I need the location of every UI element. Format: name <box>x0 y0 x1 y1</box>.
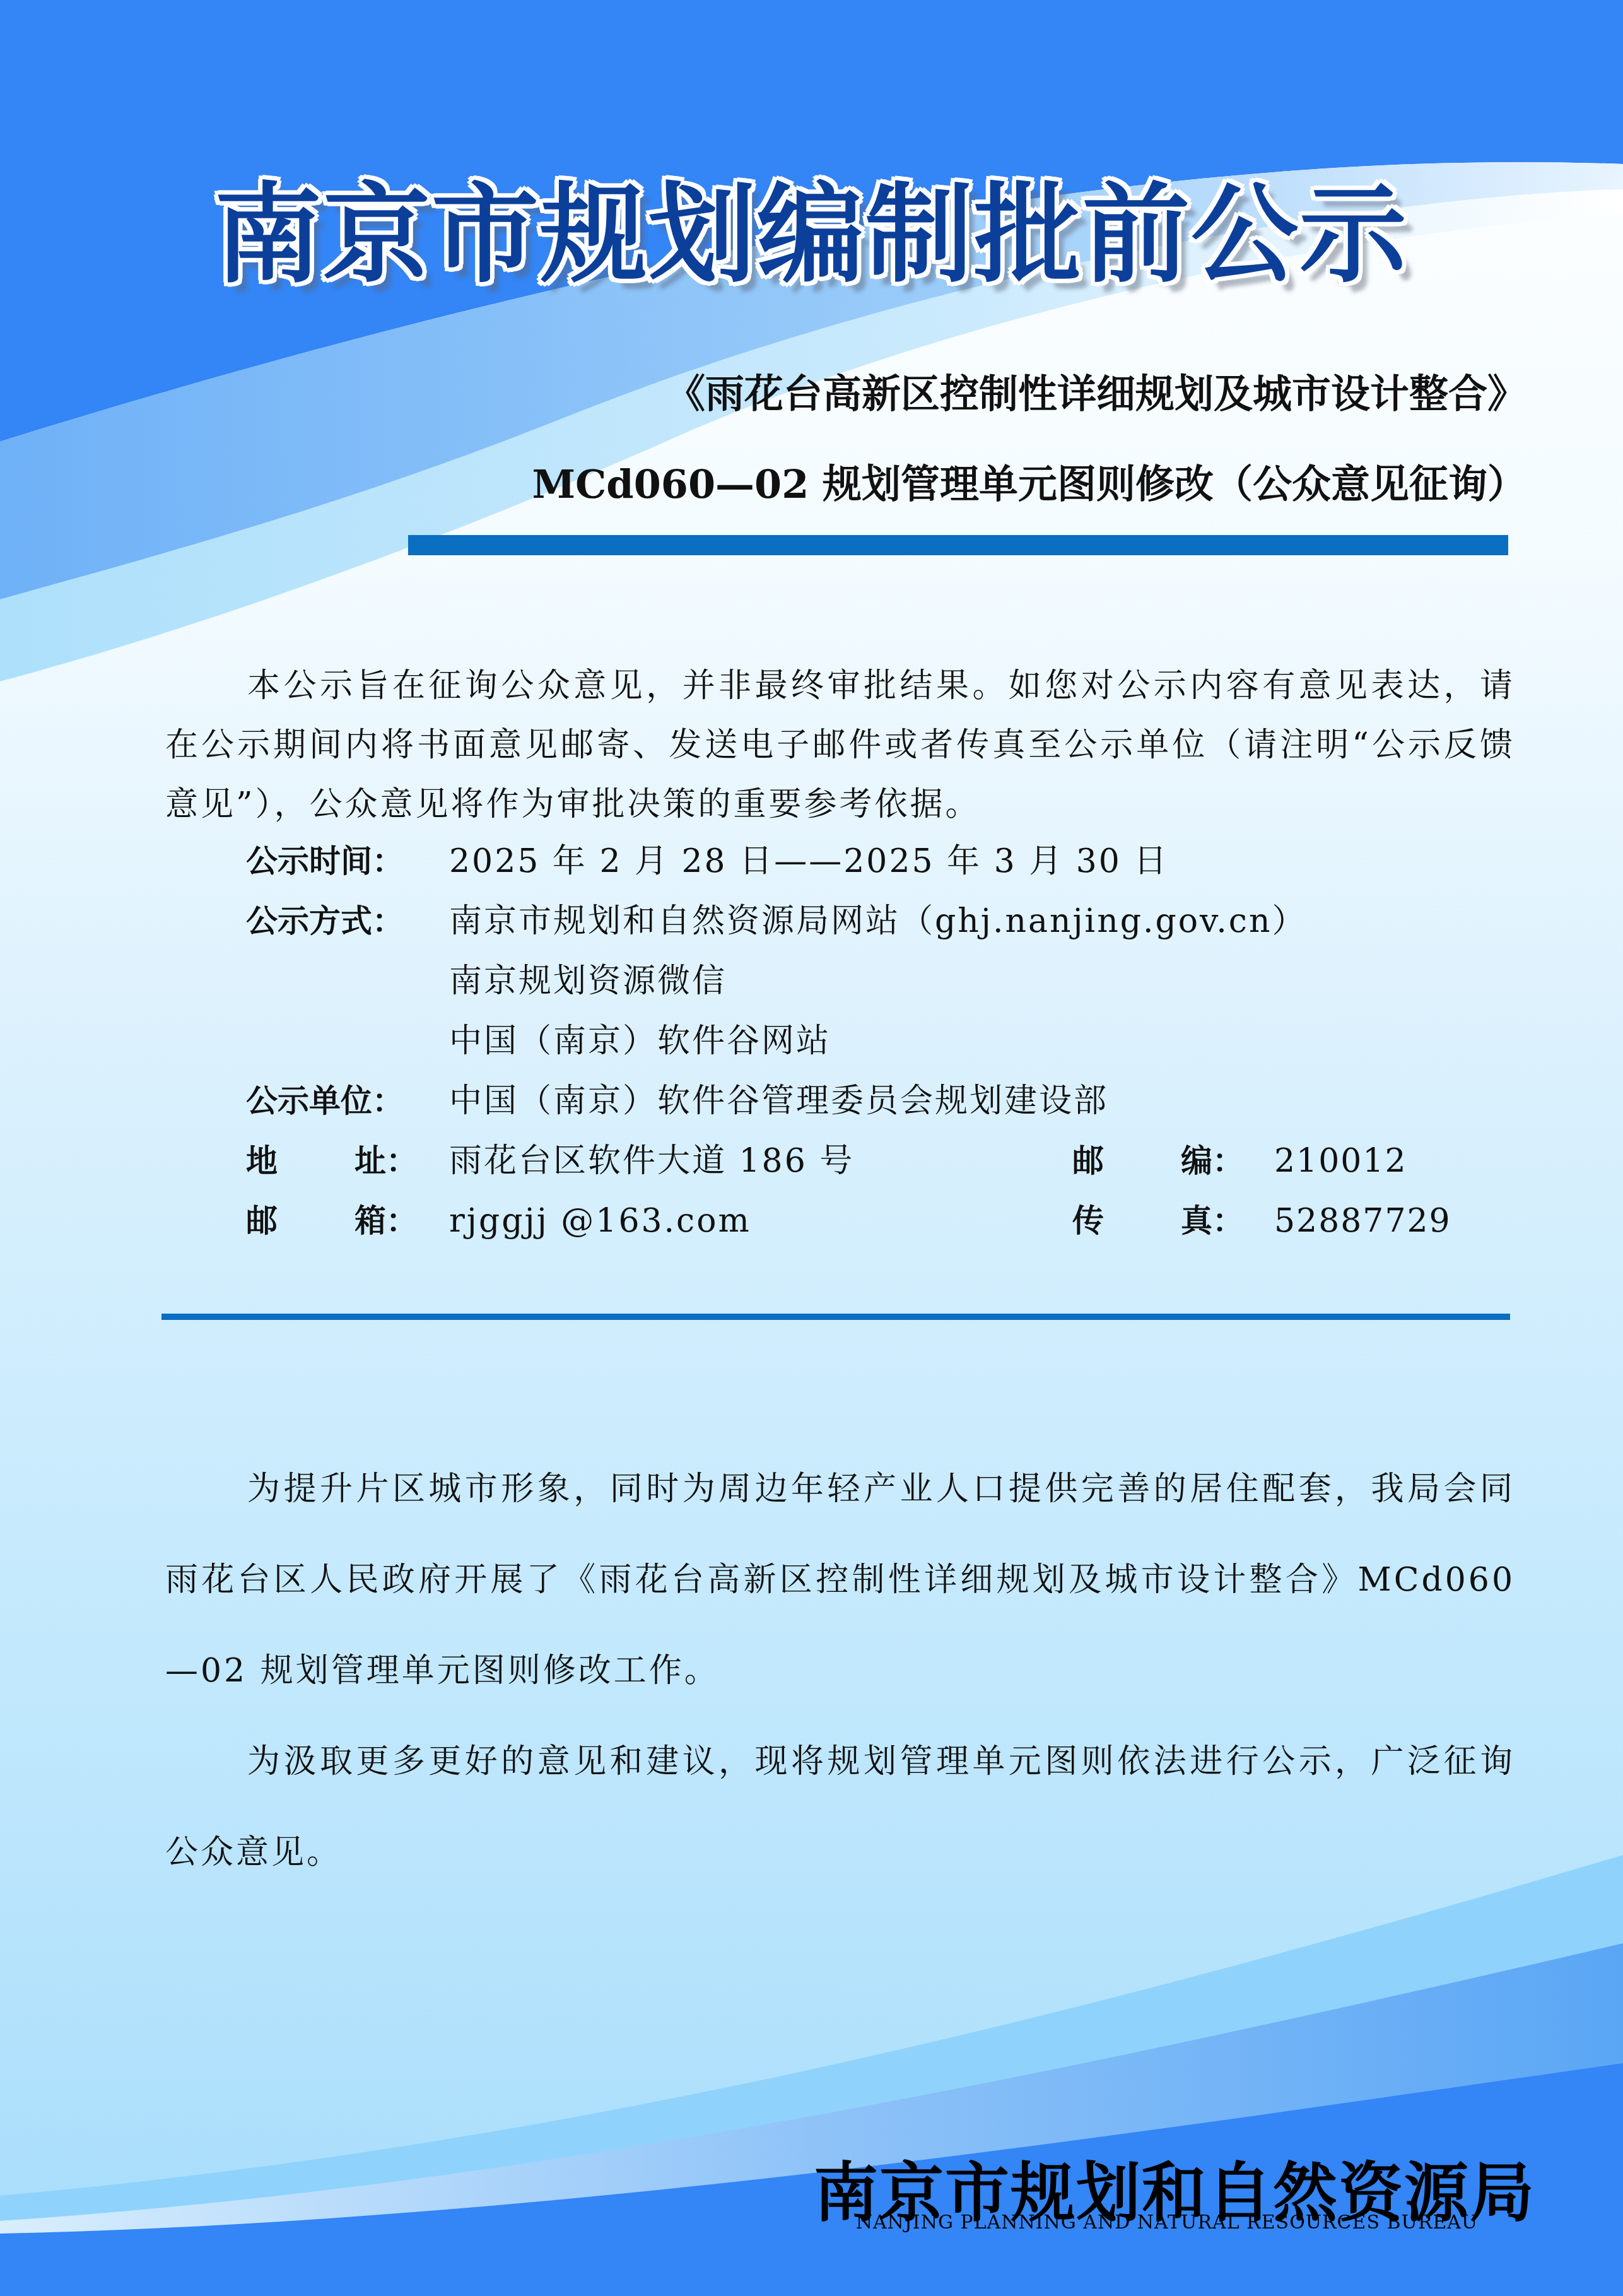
method-value-softwarevalley: 中国（南京）软件谷网站 <box>449 1011 831 1071</box>
info-row-email: 邮箱： rjggjj @163.com 传真： 52887729 <box>246 1191 1533 1251</box>
period-label: 公示时间： <box>246 832 404 892</box>
info-row-method-3: 中国（南京）软件谷网站 <box>246 1011 1533 1071</box>
info-row-unit: 公示单位： 中国（南京）软件谷管理委员会规划建设部 <box>246 1071 1533 1131</box>
email-label: 邮箱： <box>246 1191 418 1251</box>
body-paragraph-1: 为提升片区城市形象，同时为周边年轻产业人口提供完善的居住配套，我局会同雨花台区人… <box>165 1444 1515 1716</box>
notice-body: 为提升片区城市形象，同时为周边年轻产业人口提供完善的居住配套，我局会同雨花台区人… <box>165 1444 1515 1898</box>
unit-label: 公示单位： <box>246 1071 404 1131</box>
info-row-period: 公示时间： 2025 年 2 月 28 日——2025 年 3 月 30 日 <box>246 832 1533 892</box>
method-label: 公示方式： <box>246 892 404 951</box>
email-value: rjggjj @163.com <box>449 1191 751 1251</box>
postcode-label: 邮编： <box>1072 1131 1244 1191</box>
body-paragraph-2: 为汲取更多更好的意见和建议，现将规划管理单元图则依法进行公示，广泛征询公众意见。 <box>165 1716 1515 1898</box>
postcode-value: 210012 <box>1274 1131 1407 1191</box>
plan-unit-title: MCd060—02 规划管理单元图则修改（公众意见征询） <box>404 453 1526 509</box>
unit-value: 中国（南京）软件谷管理委员会规划建设部 <box>449 1071 1108 1131</box>
section-divider <box>161 1314 1510 1320</box>
info-row-address: 地址： 雨花台区软件大道 186 号 邮编： 210012 <box>246 1131 1533 1191</box>
fax-value: 52887729 <box>1274 1191 1451 1251</box>
notice-info-block: 公示时间： 2025 年 2 月 28 日——2025 年 3 月 30 日 公… <box>246 832 1533 1251</box>
address-value: 雨花台区软件大道 186 号 <box>449 1131 854 1191</box>
method-value-wechat: 南京规划资源微信 <box>449 951 727 1011</box>
title-accent-bar <box>408 535 1508 555</box>
fax-label: 传真： <box>1072 1191 1244 1251</box>
method-value-website: 南京市规划和自然资源局网站（ghj.nanjing.gov.cn） <box>449 892 1306 951</box>
plan-name-title: 《雨花台高新区控制性详细规划及城市设计整合》 <box>505 363 1526 419</box>
info-row-method: 公示方式： 南京市规划和自然资源局网站（ghj.nanjing.gov.cn） <box>246 892 1533 951</box>
intro-paragraph: 本公示旨在征询公众意见，并非最终审批结果。如您对公示内容有意见表达，请在公示期间… <box>165 656 1515 834</box>
bureau-logo-name-en: NANJING PLANNING AND NATURAL RESOURCES B… <box>814 2211 1520 2234</box>
info-row-method-2: 南京规划资源微信 <box>246 951 1533 1011</box>
period-value: 2025 年 2 月 28 日——2025 年 3 月 30 日 <box>449 832 1168 892</box>
address-label: 地址： <box>246 1131 418 1191</box>
notice-main-title: 南京市规划编制批前公示 <box>214 148 1413 303</box>
